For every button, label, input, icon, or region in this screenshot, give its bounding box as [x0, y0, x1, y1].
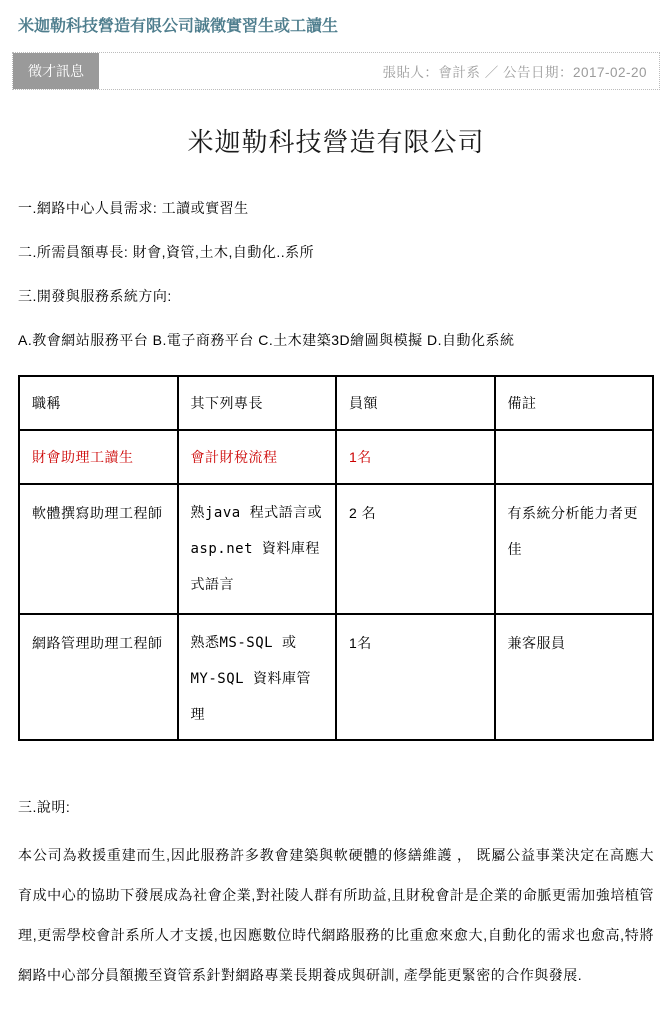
intro-line-platform-list: A.教會網站服務平台 B.電子商務平台 C.土木建築3D繪圖與模擬 D.自動化系… [18, 331, 654, 349]
cell-specialty: 會計財稅流程 [178, 430, 337, 484]
intro-section: 一.網路中心人員需求: 工讀或實習生 二.所需員額專長: 財會,資管,土木,自動… [18, 199, 654, 349]
cell-specialty: 熟悉MS-SQL 或MY-SQL 資料庫管理 [178, 614, 337, 740]
cell-job-title: 財會助理工讀生 [19, 430, 178, 484]
description-paragraph: 本公司為救援重建而生,因此服務許多教會建築與軟硬體的修繕維護 ， 既屬公益事業決… [18, 835, 654, 995]
header-cell-job-title: 職稱 [19, 376, 178, 430]
table-row: 財會助理工讀生 會計財稅流程 1名 [19, 430, 653, 484]
table-header-row: 職稱 其下列專長 員額 備註 [19, 376, 653, 430]
company-heading: 米迦勒科技營造有限公司 [18, 122, 654, 159]
page-title[interactable]: 米迦勒科技營造有限公司誠徵實習生或工讀生 [18, 16, 654, 38]
cell-quota: 2 名 [336, 484, 495, 614]
header-cell-remark: 備註 [495, 376, 654, 430]
intro-line-required-majors: 二.所需員額專長: 財會,資管,土木,自動化..系所 [18, 243, 654, 261]
cell-quota: 1名 [336, 614, 495, 740]
header-cell-quota: 員額 [336, 376, 495, 430]
post-meta: 張貼人：會計系 ／ 公告日期：2017-02-20 [382, 53, 659, 89]
cell-remark: 有系統分析能力者更佳 [495, 484, 654, 614]
intro-line-system-directions: 三.開發與服務系統方向: [18, 287, 654, 305]
table-row: 網路管理助理工程師 熟悉MS-SQL 或MY-SQL 資料庫管理 1名 兼客服員 [19, 614, 653, 740]
cell-remark: 兼客服員 [495, 614, 654, 740]
cell-remark [495, 430, 654, 484]
intro-line-staff-need: 一.網路中心人員需求: 工讀或實習生 [18, 199, 654, 217]
table-row: 軟體撰寫助理工程師 熟java 程式語言或 asp.net 資料庫程式語言 2 … [19, 484, 653, 614]
header-cell-specialty: 其下列專長 [178, 376, 337, 430]
category-badge: 徵才訊息 [13, 53, 99, 89]
section-title-description: 三.說明: [18, 797, 654, 817]
post-body: 米迦勒科技營造有限公司 一.網路中心人員需求: 工讀或實習生 二.所需員額專長:… [12, 122, 660, 995]
cell-specialty: 熟java 程式語言或 asp.net 資料庫程式語言 [178, 484, 337, 614]
bulletin-page: 米迦勒科技營造有限公司誠徵實習生或工讀生 徵才訊息 張貼人：會計系 ／ 公告日期… [0, 0, 672, 1035]
cell-quota: 1名 [336, 430, 495, 484]
cell-job-title: 網路管理助理工程師 [19, 614, 178, 740]
meta-bar: 徵才訊息 張貼人：會計系 ／ 公告日期：2017-02-20 [12, 52, 660, 90]
cell-job-title: 軟體撰寫助理工程師 [19, 484, 178, 614]
positions-table: 職稱 其下列專長 員額 備註 財會助理工讀生 會計財稅流程 1名 軟體撰寫助理工… [18, 375, 654, 741]
